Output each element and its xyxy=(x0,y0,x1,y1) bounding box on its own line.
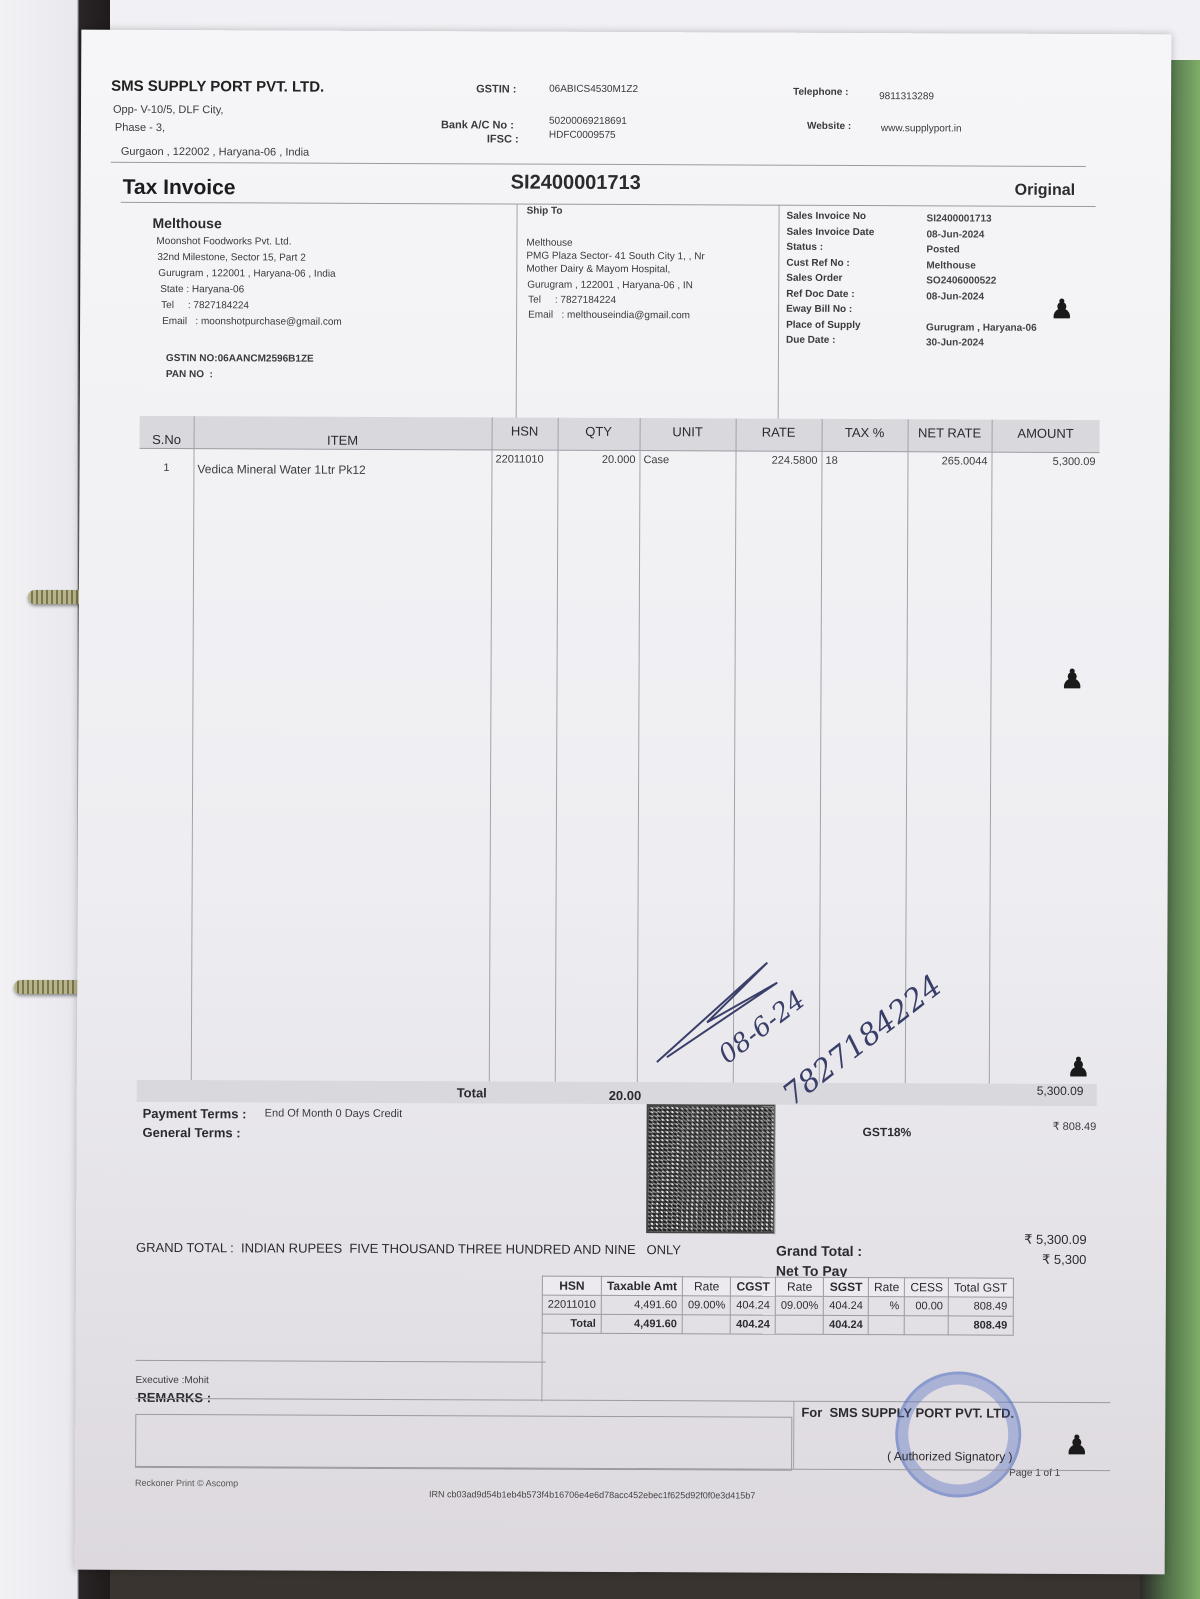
column-header: ITEM xyxy=(194,432,492,448)
column-header: RATE xyxy=(736,424,822,439)
item-rate: 224.5800 xyxy=(739,455,817,467)
remarks-box[interactable] xyxy=(135,1414,792,1471)
document-title: Tax Invoice xyxy=(123,176,236,200)
divider xyxy=(121,202,1096,207)
meta-label: Place of Supply xyxy=(786,319,861,330)
column-header: TAX % xyxy=(822,425,908,440)
payment-terms-label: Payment Terms : xyxy=(143,1106,247,1121)
meta-value: Posted xyxy=(926,244,959,255)
gst-empty xyxy=(905,1316,949,1335)
telephone-label: Telephone : xyxy=(793,87,848,98)
print-credit: Reckoner Print © Ascomp xyxy=(135,1478,238,1488)
divider xyxy=(136,1360,546,1363)
ink-mark-icon: ♟ xyxy=(1067,1052,1090,1083)
bill-to-line: Email : moonshotpurchase@gmail.com xyxy=(162,316,342,328)
item-hsn: 22011010 xyxy=(495,453,553,465)
gst-empty xyxy=(775,1315,823,1334)
ship-to-line: Gurugram , 122001 , Haryana-06 , IN xyxy=(527,280,693,292)
bank-account: 50200069218691 xyxy=(549,116,627,127)
gst-sgst: 404.24 xyxy=(824,1296,869,1315)
column-header: NET RATE xyxy=(908,425,992,440)
gst-summary-table: HSN Taxable Amt Rate CGST Rate SGST Rate… xyxy=(542,1276,1014,1336)
payment-terms-value: End Of Month 0 Days Credit xyxy=(265,1107,403,1120)
irn-number: IRN cb03ad9d54b1eb4b573f4b16706e4e6d78ac… xyxy=(429,1489,755,1500)
bill-to-gstin: GSTIN NO:06AANCM2596B1ZE xyxy=(166,353,314,365)
item-unit: Case xyxy=(643,454,731,466)
meta-label: Sales Order xyxy=(786,273,842,284)
invoice-number: SI2400001713 xyxy=(511,172,641,196)
column-header: AMOUNT xyxy=(992,426,1100,441)
gst-header: Total GST xyxy=(948,1278,1012,1297)
item-item: Vedica Mineral Water 1Ltr Pk12 xyxy=(197,462,487,477)
ship-to-label: Ship To xyxy=(527,206,563,217)
divider xyxy=(489,417,493,1081)
website-link[interactable]: www.supplyport.in xyxy=(881,123,962,134)
seller-address-1: Opp- V-10/5, DLF City, xyxy=(113,104,224,116)
meta-label: Cust Ref No : xyxy=(786,257,849,268)
meta-label: Due Date : xyxy=(786,335,836,346)
items-total-qty: 20.00 xyxy=(609,1088,642,1103)
gstin-value: 06ABICS4530M1Z2 xyxy=(549,84,638,95)
gst-header: Taxable Amt xyxy=(601,1276,682,1295)
grand-total-label: Grand Total : xyxy=(776,1243,862,1259)
column-header: HSN xyxy=(492,423,558,438)
gst-header: CGST xyxy=(731,1277,776,1296)
bill-to-pan: PAN NO : xyxy=(166,369,213,380)
bill-to-line: Tel : 7827184224 xyxy=(161,300,249,311)
gst-header: Rate xyxy=(775,1277,823,1296)
item-qty: 20.000 xyxy=(561,454,635,466)
ship-to-line: Tel : 7827184224 xyxy=(528,295,616,306)
meta-label: Eway Bill No : xyxy=(786,304,852,315)
gst-total-taxable: 4,491.60 xyxy=(601,1314,682,1333)
gst-header: SGST xyxy=(824,1277,869,1296)
gst-summary-row: 22011010 4,491.60 09.00% 404.24 09.00% 4… xyxy=(542,1295,1013,1316)
ink-mark-icon: ♟ xyxy=(1065,1430,1088,1461)
bill-to-name: Melthouse xyxy=(152,215,221,231)
ifsc-value: HDFC0009575 xyxy=(549,130,616,141)
invoice-document: SMS SUPPLY PORT PVT. LTD. Opp- V-10/5, D… xyxy=(111,70,1111,74)
meta-label: Sales Invoice No xyxy=(787,211,867,222)
divider xyxy=(111,162,1086,167)
items-table: S.NoITEMHSNQTYUNITRATETAX %NET RATEAMOUN… xyxy=(111,70,1111,74)
divider xyxy=(555,418,559,1082)
ifsc-label: IFSC : xyxy=(487,133,519,145)
website-label: Website : xyxy=(807,121,851,132)
items-total-amount: 5,300.09 xyxy=(1037,1084,1084,1098)
gstin-label: GSTIN : xyxy=(476,83,516,95)
authorized-signatory: ( Authorized Signatory ) xyxy=(887,1449,1012,1464)
telephone-value: 9811313289 xyxy=(879,91,934,102)
column-header: UNIT xyxy=(640,424,736,439)
ship-to-line: Email : melthouseindia@gmail.com xyxy=(528,310,690,322)
divider xyxy=(819,419,823,1083)
general-terms-label: General Terms : xyxy=(143,1125,241,1140)
company-stamp xyxy=(895,1371,1022,1498)
gst-total-sgst: 404.24 xyxy=(824,1315,869,1334)
meta-label: Status : xyxy=(786,242,823,253)
gst-empty xyxy=(868,1316,904,1335)
executive-name: Executive :Mohit xyxy=(135,1375,208,1386)
divider xyxy=(778,205,780,420)
gst-summary-total-row: Total 4,491.60 404.24 404.24 808.49 xyxy=(542,1314,1013,1335)
meta-label: Sales Invoice Date xyxy=(786,226,874,237)
ship-to-line: Melthouse xyxy=(526,238,572,249)
divider xyxy=(516,204,518,419)
divider xyxy=(989,420,993,1084)
ship-to-line: Mother Dairy & Mayom Hospital, xyxy=(526,264,670,276)
invoice-paper: SMS SUPPLY PORT PVT. LTD. Opp- V-10/5, D… xyxy=(75,30,1172,1575)
item-net-rate: 265.0044 xyxy=(911,455,987,467)
divider xyxy=(541,1330,542,1402)
gst-header: HSN xyxy=(542,1276,601,1295)
meta-value: 30-Jun-2024 xyxy=(926,337,984,348)
items-total-label: Total xyxy=(457,1085,487,1100)
grand-total-words: GRAND TOTAL : INDIAN RUPEES FIVE THOUSAN… xyxy=(136,1240,681,1257)
ship-to-line: PMG Plaza Sector- 41 South City 1, , Nr xyxy=(526,251,704,263)
divider xyxy=(774,1105,776,1235)
ink-mark-icon: ♟ xyxy=(1050,294,1073,325)
meta-label: Ref Doc Date : xyxy=(786,288,854,299)
gst-cgst-rate: 09.00% xyxy=(682,1296,730,1315)
bill-to-line: State : Haryana-06 xyxy=(160,284,244,295)
bill-to-line: Gurugram , 122001 , Haryana-06 , India xyxy=(158,268,335,280)
divider xyxy=(191,416,195,1080)
meta-value: 08-Jun-2024 xyxy=(926,229,984,240)
meta-value: 08-Jun-2024 xyxy=(926,291,984,302)
meta-value: Gurugram , Haryana-06 xyxy=(926,322,1037,333)
net-to-pay-value: ₹ 5,300 xyxy=(1042,1252,1086,1268)
meta-value: SO2406000522 xyxy=(926,275,996,286)
seller-address-2: Phase - 3, xyxy=(115,122,165,134)
seller-address-3: Gurgaon , 122002 , Haryana-06 , India xyxy=(121,146,309,159)
column-header: QTY xyxy=(558,424,640,439)
gst-sgst-rate: 09.00% xyxy=(775,1296,823,1315)
gst-total-gst: 808.49 xyxy=(948,1316,1012,1335)
gst-total-cgst: 404.24 xyxy=(731,1315,776,1334)
bill-to-line: Moonshot Foodworks Pvt. Ltd. xyxy=(156,236,291,248)
gst-label: GST18% xyxy=(863,1125,912,1139)
qr-code xyxy=(646,1104,776,1234)
gst-header: Rate xyxy=(868,1278,904,1297)
item-tax: 18 xyxy=(825,455,903,467)
copy-type: Original xyxy=(1015,182,1076,200)
divider xyxy=(793,1401,794,1469)
meta-value: SI2400001713 xyxy=(927,213,992,224)
grand-total-value: ₹ 5,300.09 xyxy=(1024,1232,1087,1248)
ink-mark-icon: ♟ xyxy=(1060,664,1083,695)
signature-scribble xyxy=(647,952,788,1073)
gst-taxable: 4,491.60 xyxy=(601,1295,682,1314)
gst-header: Rate xyxy=(683,1277,731,1296)
seller-name: SMS SUPPLY PORT PVT. LTD. xyxy=(111,78,324,96)
gst-total: 808.49 xyxy=(948,1297,1012,1316)
gst-total-label: Total xyxy=(542,1314,601,1333)
column-header: S.No xyxy=(140,432,194,447)
meta-value: Melthouse xyxy=(926,260,976,271)
bill-to-line: 32nd Milestone, Sector 15, Part 2 xyxy=(157,252,305,264)
gst-rate: % xyxy=(868,1297,904,1316)
gst-hsn: 22011010 xyxy=(542,1295,601,1314)
gst-empty xyxy=(682,1315,730,1334)
bank-label: Bank A/C No : xyxy=(441,119,514,131)
gst-header: CESS xyxy=(905,1278,949,1297)
item-sno: 1 xyxy=(143,462,189,474)
gst-amount: ₹ 808.49 xyxy=(1053,1120,1097,1133)
divider xyxy=(637,418,641,1082)
gst-cess: 00.00 xyxy=(905,1297,949,1316)
item-amount: 5,300.09 xyxy=(995,456,1095,468)
gst-cgst: 404.24 xyxy=(731,1296,776,1315)
